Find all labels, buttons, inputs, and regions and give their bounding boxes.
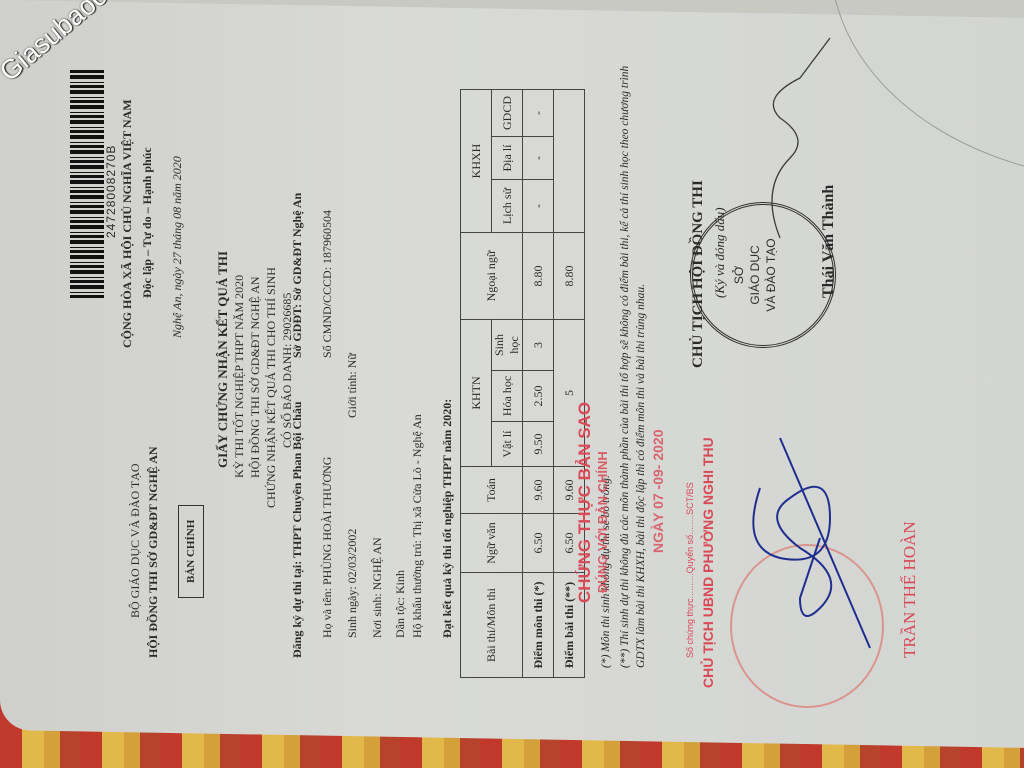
- certificate-title: GIẤY CHỨNG NHẬN KẾT QUẢ THI: [215, 251, 231, 468]
- group-khtn: KHTN: [461, 320, 492, 467]
- score-cell: 3: [523, 320, 554, 371]
- certification-book-line: Số chứng thực..........Quyển số........S…: [685, 482, 695, 658]
- certifying-official-title: CHỦ TỊCH UBND PHƯỜNG NGHI THU: [700, 437, 716, 688]
- score-cell: 8.80: [554, 233, 585, 320]
- id-number: Số CMND/CCCD: 187960504: [320, 210, 335, 358]
- birth-date: Sinh ngày: 02/03/2002: [345, 529, 360, 638]
- registered-school: Đăng ký dự thi tại: THPT Chuyên Phan Bội…: [290, 402, 305, 659]
- group-khxh: KHXH: [461, 90, 492, 233]
- scores-table: Bài thi/Môn thi Ngữ văn Toán KHTN Ngoại …: [460, 89, 585, 678]
- score-cell: [554, 90, 585, 233]
- issue-date: Nghệ An, ngày 27 tháng 08 năm 2020: [170, 156, 185, 338]
- table-corner-header: Bài thi/Môn thi: [461, 573, 523, 678]
- col-history: Lịch sử: [492, 180, 523, 233]
- col-chemistry: Hóa học: [492, 371, 523, 422]
- score-cell: 8.80: [523, 233, 554, 320]
- barcode: [70, 68, 104, 298]
- score-cell: 6.50: [523, 514, 554, 573]
- col-geography: Địa lí: [492, 137, 523, 180]
- barcode-number: 24728008270B: [104, 145, 118, 238]
- certify-line: CHỨNG NHẬN KẾT QUẢ THI CHO THÍ SINH: [264, 267, 279, 508]
- score-cell: -: [523, 137, 554, 180]
- row-label: Điểm môn thi (*): [523, 573, 554, 678]
- col-biology: Sinh học: [492, 320, 523, 371]
- note-2: (**) Thí sinh dự thi không đủ các môn th…: [617, 58, 649, 668]
- score-cell: 9.50: [523, 422, 554, 467]
- residence: Hộ khẩu thường trú: Thị xã Cửa Lò - Nghệ…: [410, 414, 425, 638]
- col-civics: GDCD: [492, 90, 523, 137]
- certified-date-stamp: NGÀY 07 -09- 2020: [650, 430, 666, 553]
- council-name: HỘI ĐỒNG THI SỞ GD&ĐT NGHỆ AN: [146, 446, 161, 658]
- birth-place: Nơi sinh: NGHỆ AN: [370, 537, 385, 638]
- table-row: Điểm môn thi (*) 6.50 9.60 9.50 2.50 3 8…: [523, 90, 554, 678]
- score-cell: 9.60: [523, 467, 554, 514]
- original-badge: BẢN CHÍNH: [178, 505, 204, 598]
- score-cell: -: [523, 90, 554, 137]
- candidate-name: Họ và tên: PHÙNG HOÀI THƯƠNG: [320, 457, 335, 638]
- ministry-name: BỘ GIÁO DỤC VÀ ĐÀO TẠO: [128, 463, 143, 618]
- gender: Giới tính: Nữ: [345, 353, 360, 418]
- black-signature: [740, 28, 860, 248]
- col-foreign-language: Ngoại ngữ: [461, 233, 523, 320]
- col-math: Toán: [461, 467, 523, 514]
- score-cell: -: [523, 180, 554, 233]
- certified-copy-stamp-subtitle: ĐÚNG VỚI BẢN CHÍNH: [595, 451, 610, 593]
- exam-name: KỲ THI TỐT NGHIỆP THPT NĂM 2020: [232, 275, 247, 478]
- motto: Độc lập – Tự do – Hạnh phúc: [140, 147, 155, 298]
- col-literature: Ngữ văn: [461, 514, 523, 573]
- republic-title: CỘNG HÒA XÃ HỘI CHỦ NGHĨA VIỆT NAM: [120, 99, 135, 348]
- education-department: Sở GDĐT: Sở GD&ĐT Nghệ An: [290, 193, 305, 358]
- result-heading: Đạt kết quả kỳ thi tốt nghiệp THPT năm 2…: [440, 399, 455, 638]
- exam-council: HỘI ĐỒNG THI SỞ GD&ĐT NGHỆ AN: [248, 276, 263, 478]
- blue-signature: [720, 408, 920, 668]
- score-cell: 2.50: [523, 371, 554, 422]
- certified-copy-stamp-title: CHỨNG THỰC BẢN SAO: [575, 402, 595, 603]
- ethnicity: Dân tộc: Kinh: [393, 570, 408, 638]
- col-physics: Vật lí: [492, 422, 523, 467]
- certificate-document: BỘ GIÁO DỤC VÀ ĐÀO TẠO HỘI ĐỒNG THI SỞ G…: [0, 0, 1024, 768]
